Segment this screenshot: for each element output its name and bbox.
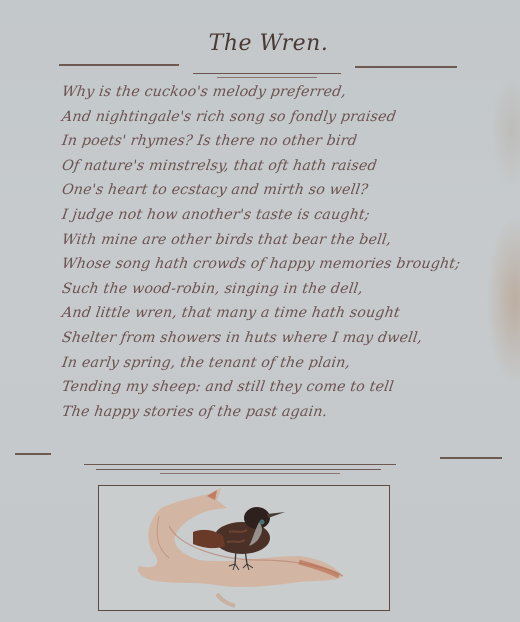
poem-line: I judge not how another's taste is caugh…: [60, 203, 513, 228]
end-rule-left: [15, 453, 51, 455]
poem-line: In early spring, the tenant of the plain…: [60, 351, 513, 376]
illustration-frame: [98, 485, 390, 611]
title-rule-left: [59, 64, 179, 66]
poem-line: Shelter from showers in huts where I may…: [60, 326, 513, 351]
divider-rule-1: [84, 464, 396, 465]
poem-line: Whose song hath crowds of happy memories…: [60, 252, 513, 277]
poem-line: Of nature's minstrelsy, that oft hath ra…: [60, 154, 513, 179]
poem-body: Why is the cuckoo's melody preferred, An…: [62, 80, 512, 424]
divider-rule-2: [96, 469, 381, 470]
poem-line: The happy stories of the past again.: [60, 400, 513, 425]
wren-illustration: [99, 486, 389, 610]
manuscript-page: The Wren. Why is the cuckoo's melody pre…: [0, 0, 520, 622]
title-rule-right: [355, 66, 457, 68]
poem-line: One's heart to ecstacy and mirth so well…: [60, 178, 513, 203]
title-underline-secondary: [217, 77, 317, 78]
poem-line: Such the wood-robin, singing in the dell…: [60, 277, 513, 302]
end-rule-right: [440, 457, 502, 459]
poem-line: And little wren, that many a time hath s…: [60, 301, 513, 326]
poem-line: Why is the cuckoo's melody preferred,: [60, 80, 513, 105]
divider-rule-3: [160, 473, 340, 474]
poem-title: The Wren.: [196, 31, 341, 56]
poem-line: And nightingale's rich song so fondly pr…: [60, 105, 513, 130]
poem-line: Tending my sheep: and still they come to…: [60, 375, 513, 400]
poem-line: With mine are other birds that bear the …: [60, 228, 513, 253]
poem-line: In poets' rhymes? Is there no other bird: [60, 129, 513, 154]
title-underline: [193, 73, 341, 74]
